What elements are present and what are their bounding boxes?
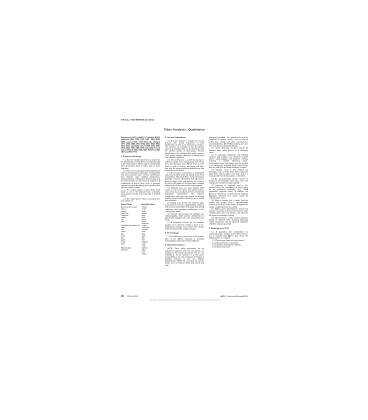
fiber-table-manmade-column: Man-Made Fibers acetateacrylicanidexaram… [141,204,159,255]
manmade-fibers-list: acetateacrylicanidexaramidazlonglasslast… [141,206,159,255]
page-number: 20 [121,295,124,298]
section-3-heading: 3. Terminology [165,232,204,234]
section-1-body: 1.1 This test method describes procedure… [121,159,160,202]
paragraph: 4.8 Manufacturer's safety recommendation… [209,217,248,225]
manual-title: AATCC Technical Manual/2014 [220,296,248,298]
column-left: Developed in 1957 by AATCC Committee RA2… [121,137,160,292]
paragraph: 1.4 The major generic fibers covered by … [121,198,160,202]
method-header: AATCC Test Method 20-2013 [121,118,248,121]
safety-continued-body: information provided. The manufacturer m… [209,137,248,226]
paragraph: NOTE: These safety precautions are for i… [165,248,204,267]
column-middle: 2. Use and Limitations 2.1 This test met… [165,137,204,292]
foreword-block: Developed in 1957 by AATCC Committee RA2… [121,137,160,154]
paragraph: 1.1 This test method describes procedure… [121,159,160,169]
paragraph: 5.1 A qualitative fiber identification k… [209,231,248,239]
paragraph: 2.5 Melting point, density and refractiv… [165,202,204,212]
section-4-heading: 4. Safety Precautions [165,244,204,246]
section-2-heading: 2. Use and Limitations [165,137,204,139]
text-columns: Developed in 1957 by AATCC Committee RA2… [121,137,248,292]
paragraph: 2.4 Solubility tests are most reliable w… [165,187,204,202]
section-2-body: 2.1 This test method is intended for use… [165,140,204,230]
paragraph: 2.7 A systematic scheme for the complete… [165,222,204,230]
document-title: Fiber Analysis: Qualitative [121,128,248,131]
section-3-body: 3.1 For definitions of terms used in thi… [165,236,204,242]
paragraph: information provided. The manufacturer m… [209,137,248,147]
fiber-item: asbestos [121,249,139,251]
document-page-canvas: AATCC Test Method 20-2013 Fiber Analysis… [0,0,368,420]
paragraph: 1.3 The method applies to those fibers l… [121,189,160,197]
paragraph: 3.1 For definitions of terms used in thi… [165,236,204,242]
fiber-table: Natural Fibers Animal (protein) origin:a… [121,204,160,255]
fiber-table-natural-column: Natural Fibers Animal (protein) origin:a… [121,204,139,255]
fiber-item: vinyon [141,253,159,255]
paragraph: 2.1 This test method is intended for use… [165,140,204,159]
page-footer: 20 TM 20-2013 AATCC Technical Manual/201… [121,295,248,298]
method-code: TM 20-2013 [127,296,138,298]
paragraph: 2.3 Microscopical examination of longitu… [165,172,204,187]
paragraph: 2.6 Infrared spectroscopy and pyrolysis … [165,213,204,221]
document-page: AATCC Test Method 20-2013 Fiber Analysis… [121,118,248,301]
paragraph: 4.3 Solvents used in this method are fla… [209,169,248,177]
section-4-body: NOTE: These safety precautions are for i… [165,248,204,267]
paragraph: 4.6 When a burning test is made, hold th… [209,200,248,208]
materials-item: 5.1.4 Stains (see 24.1). [209,246,248,248]
section-5-body: 5.1 A qualitative fiber identification k… [209,231,248,239]
paragraph: 4.7 Melting point determinations involve… [209,208,248,216]
section-1-heading: 1. Purpose and Scope [121,156,160,158]
paragraph: 4.5 Exposure to chemicals used in this p… [209,185,248,200]
paragraph: 2.2 The burning test is useful for placi… [165,159,204,172]
natural-fibers-list: Animal (protein) origin:alpacaangoracame… [121,206,139,251]
section-5-heading: 5. Materials (see 27.1) [209,228,248,230]
paragraph: 1.2 Fibers are first grouped by burning … [121,170,160,189]
footer-left: 20 TM 20-2013 [121,295,138,298]
column-right: information provided. The manufacturer m… [209,137,248,292]
copyright-line: Copyright © 2014 American Association of… [121,299,248,301]
paragraph: 4.2 In preparing, dispensing and handlin… [209,154,248,169]
materials-list: 5.1.1 Microscope slides and cover glasse… [209,240,248,248]
paragraph: 4.1 Good laboratory practices should be … [209,147,248,153]
paragraph: 4.4 An eyewash/safety shower should be l… [209,178,248,184]
